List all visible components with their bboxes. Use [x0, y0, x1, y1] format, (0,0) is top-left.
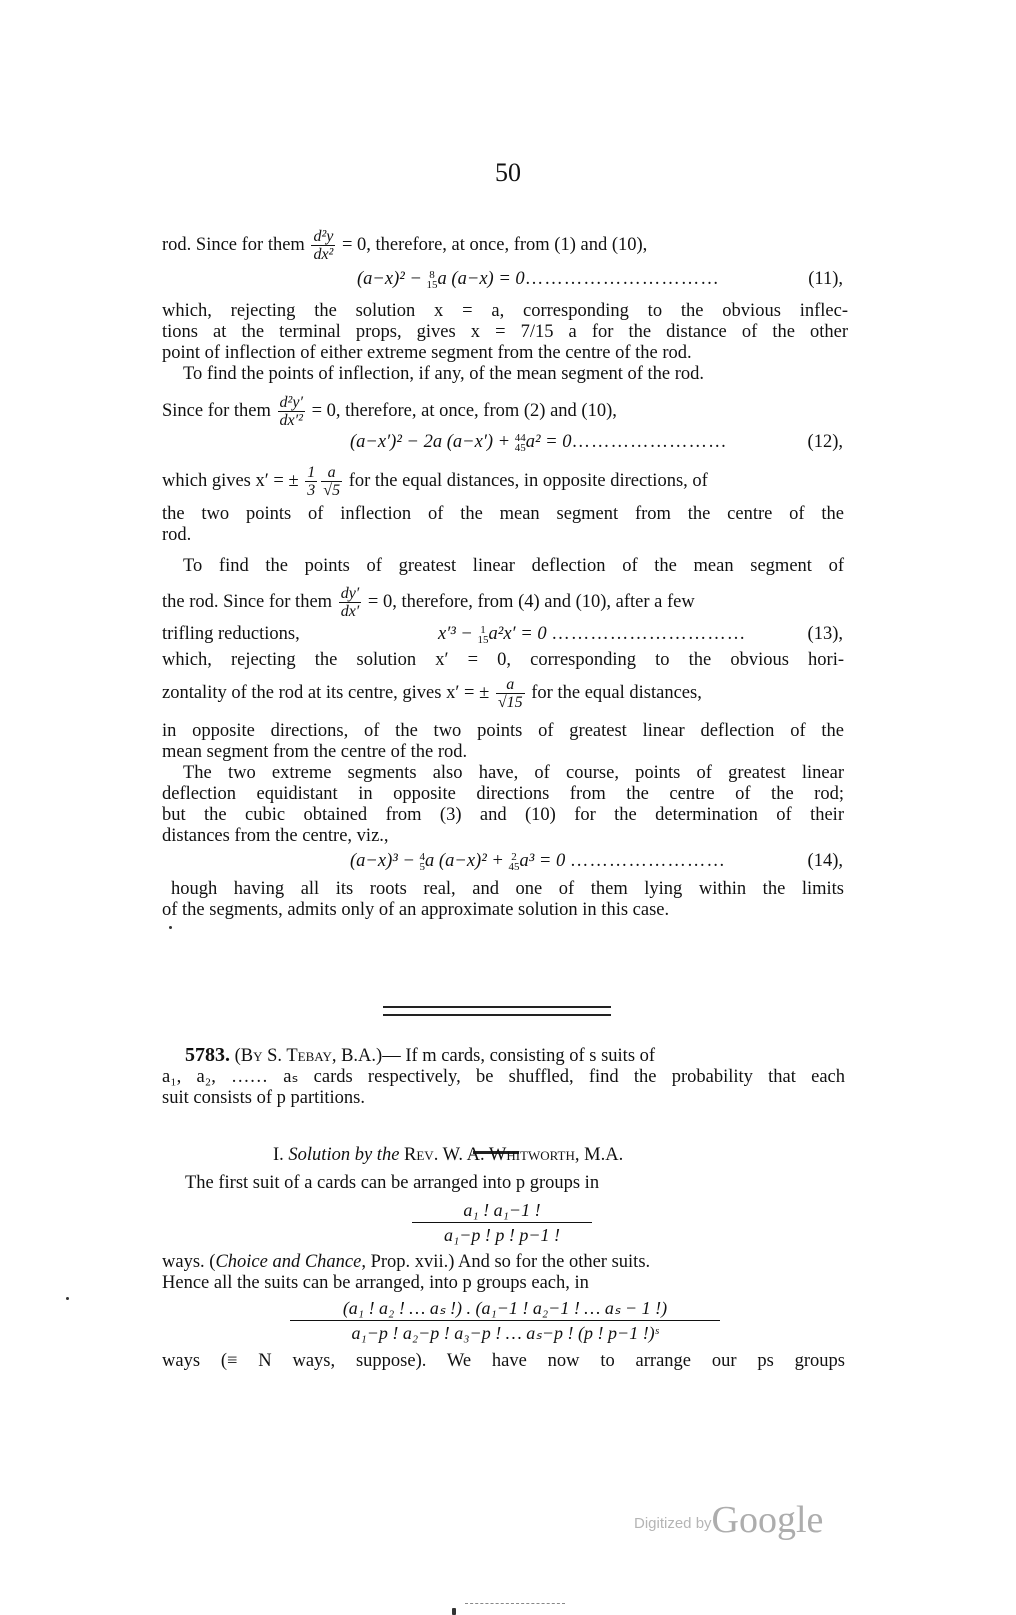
text-line: which gives x′ = ± 13a√5 for the equal d…	[162, 464, 844, 499]
equation-13: trifling reductions, x′³ − 115a²x′ = 0 ……	[162, 623, 843, 645]
text-fragment: rod. Since for them	[162, 235, 305, 255]
page-number: 50	[0, 158, 1016, 188]
text-line: the two points of inflection of the mean…	[162, 503, 844, 525]
question-author: (By S. Tebay, B.A.)	[235, 1046, 383, 1066]
text-line: Since for them d²y′dx′² = 0, therefore, …	[162, 394, 617, 429]
question-line: suit consists of p partitions.	[162, 1087, 365, 1109]
text-line: rod. Since for them d²ydx² = 0, therefor…	[162, 228, 647, 263]
text-line: but the cubic obtained from (3) and (10)…	[162, 804, 844, 826]
text-line: the rod. Since for them dy′dx′ = 0, ther…	[162, 585, 695, 620]
equation-11: (a−x)² − 815a (a−x) = 0…………………………(11),	[357, 268, 843, 290]
question-line: 5783. (By S. Tebay, B.A.)— If m cards, c…	[185, 1044, 845, 1067]
print-speck	[66, 1297, 69, 1300]
text-fragment: = 0, therefore, at once, from (1) and (1…	[342, 235, 647, 255]
solution-heading: I. Solution by the Rev. W. A. Whitworth,…	[273, 1144, 623, 1166]
equation-label: (12),	[808, 431, 843, 453]
print-speck	[169, 926, 172, 929]
formula-fraction: (a₁ ! a₂ ! … aₛ !) . (a₁−1 ! a₂−1 ! … aₛ…	[290, 1296, 720, 1345]
digitized-by-google-watermark: Digitized byGoogle	[634, 1498, 823, 1542]
text-line: point of inflection of either extreme se…	[162, 342, 692, 364]
text-line: of the segments, admits only of an appro…	[162, 899, 669, 921]
text-line: deflection equidistant in opposite direc…	[162, 783, 844, 805]
print-speck	[452, 1608, 456, 1615]
equation-12: (a−x′)² − 2a (a−x′) + 4445a² = 0………………………	[350, 431, 843, 453]
equation-label: (14),	[808, 850, 843, 872]
text-line: rod.	[162, 524, 191, 546]
text-line: To find the points of inflection, if any…	[183, 363, 704, 385]
section-divider	[383, 1006, 611, 1016]
text-line: zontality of the rod at its centre, give…	[162, 676, 702, 711]
text-line: ways (≡ N ways, suppose). We have now to…	[162, 1350, 845, 1372]
text-line: which, rejecting the solution x′ = 0, co…	[162, 649, 844, 671]
text-line: To find the points of greatest linear de…	[183, 555, 844, 577]
equation-label: (11),	[808, 268, 843, 290]
text-line: mean segment from the centre of the rod.	[162, 741, 467, 763]
text-line: tions at the terminal props, gives x = 7…	[162, 321, 848, 343]
equation-14: (a−x)³ − 45a (a−x)² + 245a³ = 0 ………………………	[350, 850, 843, 872]
derivative-fraction: d²y′dx′²	[278, 394, 305, 429]
book-page: 50 rod. Since for them d²ydx² = 0, there…	[0, 0, 1016, 1615]
question-number: 5783.	[185, 1044, 230, 1066]
text-line: in opposite directions, of the two point…	[162, 720, 844, 742]
text-line: The two extreme segments also have, of c…	[183, 762, 844, 784]
text-line: Hence all the suits can be arranged, int…	[162, 1272, 589, 1294]
equation-label: (13),	[808, 623, 843, 645]
derivative-fraction: d²ydx²	[311, 228, 335, 263]
text-line: which, rejecting the solution x = a, cor…	[162, 300, 848, 322]
text-line: hough having all its roots real, and one…	[171, 878, 844, 900]
text-line: ways. (Choice and Chance, Prop. xvii.) A…	[162, 1251, 845, 1273]
question-line: a₁, a₂, …… aₛ cards respectively, be shu…	[162, 1066, 845, 1088]
formula-fraction: a₁ ! a₁−1 ! a₁−p ! p ! p−1 !	[412, 1198, 592, 1247]
scan-noise	[465, 1603, 565, 1607]
text-line: distances from the centre, viz.,	[162, 825, 389, 847]
text-line: The first suit of a cards can be arrange…	[185, 1172, 599, 1194]
